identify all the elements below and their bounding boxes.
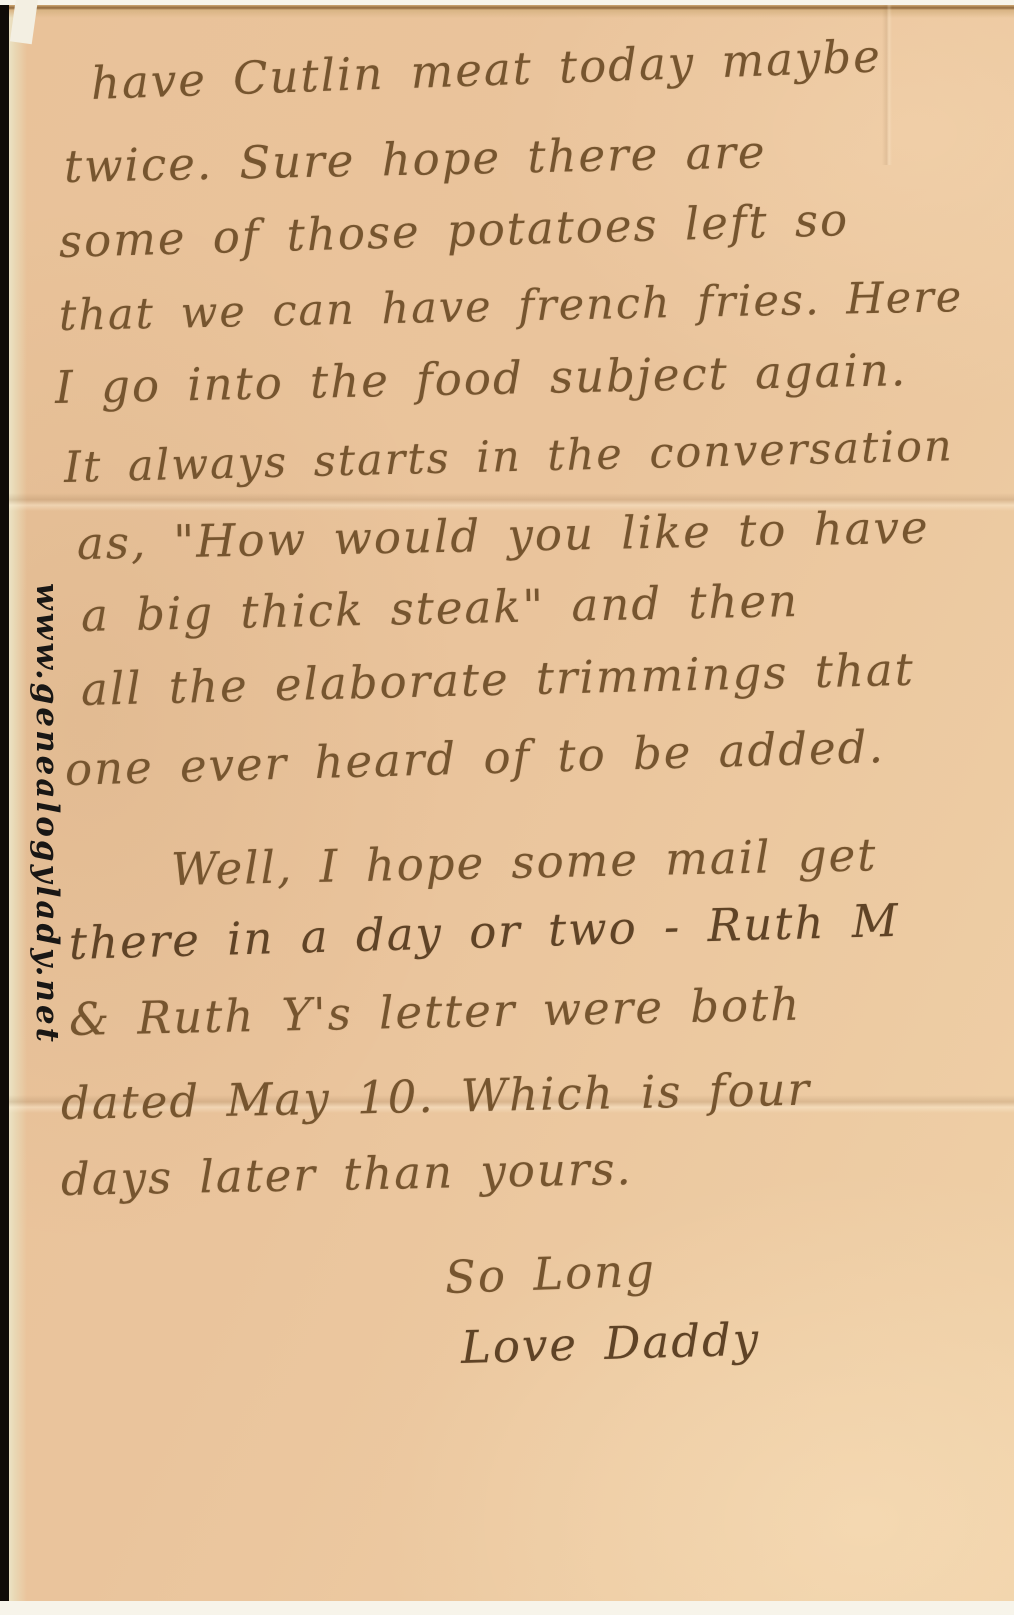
closing-so-long: So Long — [444, 1244, 657, 1304]
paper-top-edge — [9, 5, 1014, 19]
scanned-letter-page: www.genealogylady.net have Cutlin meat t… — [0, 0, 1014, 1615]
letter-line: all the elaborate trimmings that — [80, 643, 915, 716]
fold-crease-vertical — [882, 5, 892, 165]
letter-line: one ever heard of to be added. — [64, 720, 885, 796]
letter-line: twice. Sure hope there are — [63, 125, 767, 193]
letter-line: I go into the food subject again. — [54, 343, 907, 414]
letter-line: some of those potatoes left so — [58, 193, 849, 268]
letter-line: a big thick steak" and then — [80, 574, 799, 642]
paper-left-edge — [9, 5, 29, 1601]
watermark-text: www.genealogylady.net — [29, 583, 65, 1045]
letter-line: & Ruth Y's letter were both — [68, 978, 801, 1046]
letter-line: dated May 10. Which is four — [60, 1063, 811, 1130]
letter-paper: www.genealogylady.net have Cutlin meat t… — [9, 5, 1014, 1601]
backing-page-corner — [10, 0, 38, 44]
letter-line: days later than yours. — [60, 1142, 633, 1206]
scanner-edge-strip — [0, 5, 9, 1601]
letter-line: Well, I hope some mail get — [170, 828, 877, 896]
letter-line: It always starts in the conversation — [63, 421, 954, 493]
letter-line: that we can have french fries. Here — [58, 272, 963, 341]
closing-signature: Love Daddy — [460, 1313, 761, 1374]
letter-line: as, "How would you like to have — [76, 501, 929, 570]
letter-line: there in a day or two - Ruth M — [68, 894, 900, 970]
letter-line: have Cutlin meat today maybe — [90, 29, 883, 110]
